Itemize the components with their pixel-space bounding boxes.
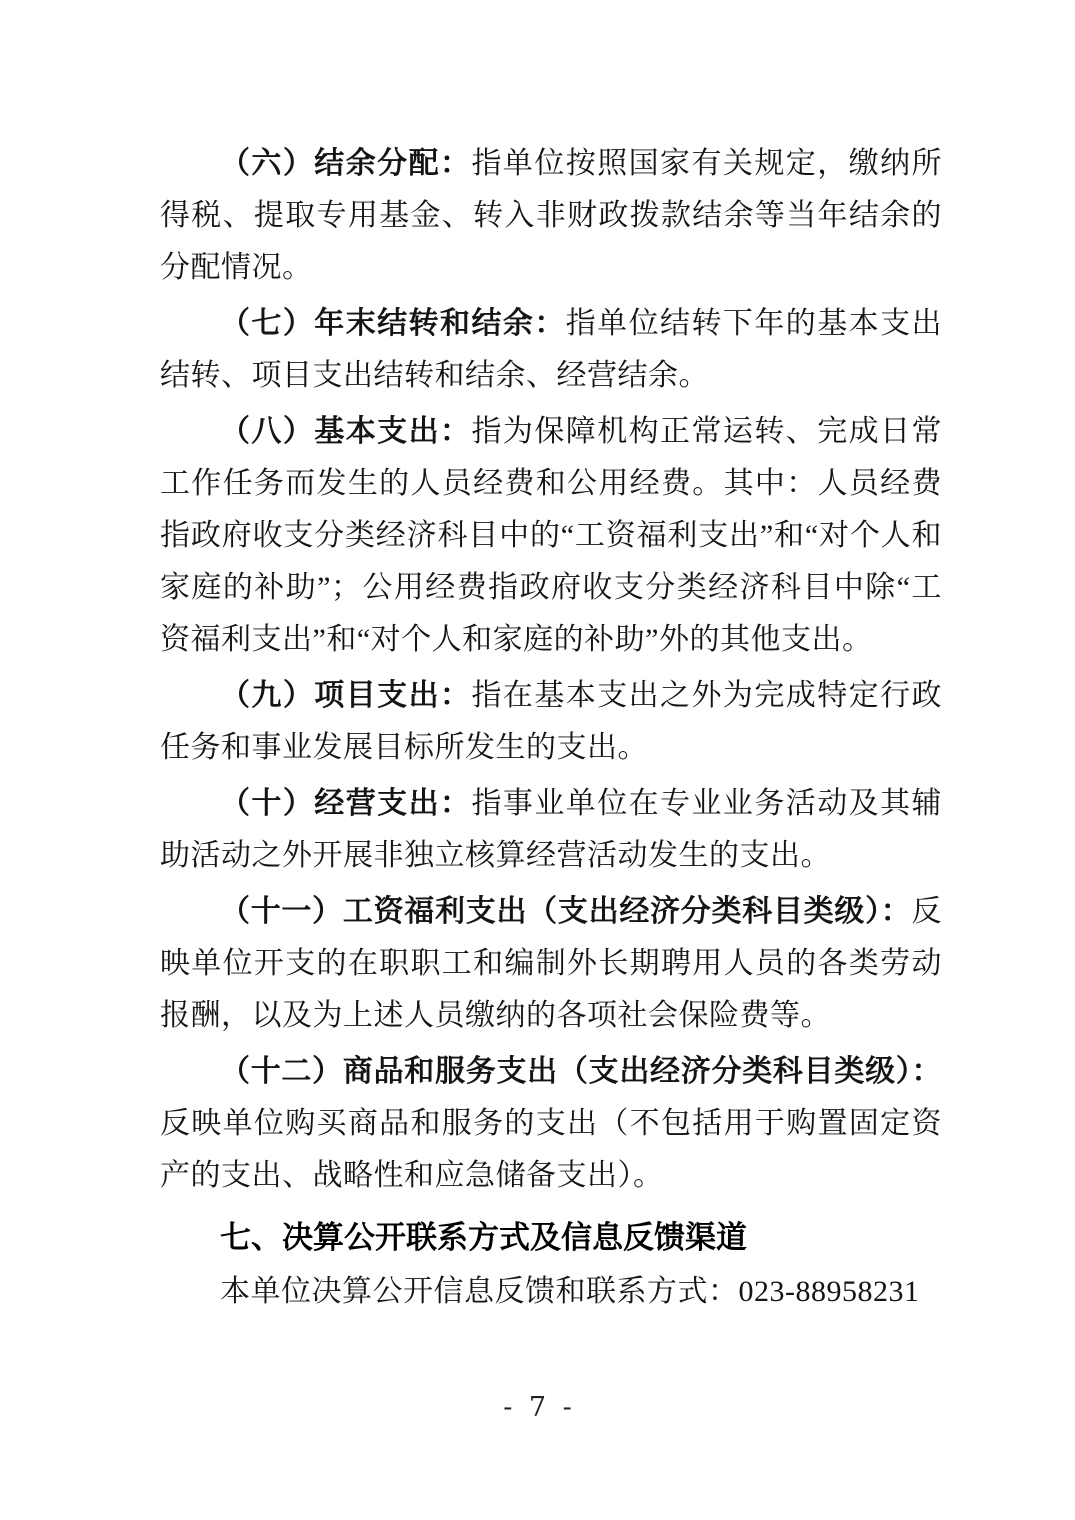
definition-paragraph: （六）结余分配：指单位按照国家有关规定，缴纳所得税、提取专用基金、转入非财政拨款… [160,138,942,294]
document-content: （六）结余分配：指单位按照国家有关规定，缴纳所得税、提取专用基金、转入非财政拨款… [160,138,942,1318]
section-heading: 七、决算公开联系方式及信息反馈渠道 [160,1212,942,1264]
contact-phone: 023-88958231 [739,1275,920,1308]
contact-line: 本单位决算公开信息反馈和联系方式：023-88958231 [160,1266,942,1318]
definition-text: 指为保障机构正常运转、完成日常工作任务而发生的人员经费和公用经费。其中：人员经费… [160,415,942,656]
definition-term: （九）项目支出： [220,679,471,712]
definition-paragraph: （九）项目支出：指在基本支出之外为完成特定行政任务和事业发展目标所发生的支出。 [160,670,942,774]
definition-text: 反映单位购买商品和服务的支出（不包括用于购置固定资产的支出、战略性和应急储备支出… [160,1107,942,1192]
definition-paragraph: （七）年末结转和结余：指单位结转下年的基本支出结转、项目支出结转和结余、经营结余… [160,298,942,402]
definition-term: （六）结余分配： [220,147,471,180]
definition-term: （八）基本支出： [220,415,471,448]
definition-paragraph: （十一）工资福利支出（支出经济分类科目类级）：反映单位开支的在职职工和编制外长期… [160,886,942,1042]
definition-term: （七）年末结转和结余： [220,307,566,340]
definition-paragraph: （八）基本支出：指为保障机构正常运转、完成日常工作任务而发生的人员经费和公用经费… [160,406,942,666]
page-number: - 7 - [0,1392,1075,1423]
definition-paragraph: （十二）商品和服务支出（支出经济分类科目类级）：反映单位购买商品和服务的支出（不… [160,1046,942,1202]
contact-text: 本单位决算公开信息反馈和联系方式： [220,1275,739,1308]
definition-term: （十）经营支出： [220,787,471,820]
document-page: （六）结余分配：指单位按照国家有关规定，缴纳所得税、提取专用基金、转入非财政拨款… [0,0,1075,1520]
definition-paragraph: （十）经营支出：指事业单位在专业业务活动及其辅助活动之外开展非独立核算经营活动发… [160,778,942,882]
definition-term: （十一）工资福利支出（支出经济分类科目类级）： [220,895,912,928]
definition-term: （十二）商品和服务支出（支出经济分类科目类级）： [220,1055,942,1088]
